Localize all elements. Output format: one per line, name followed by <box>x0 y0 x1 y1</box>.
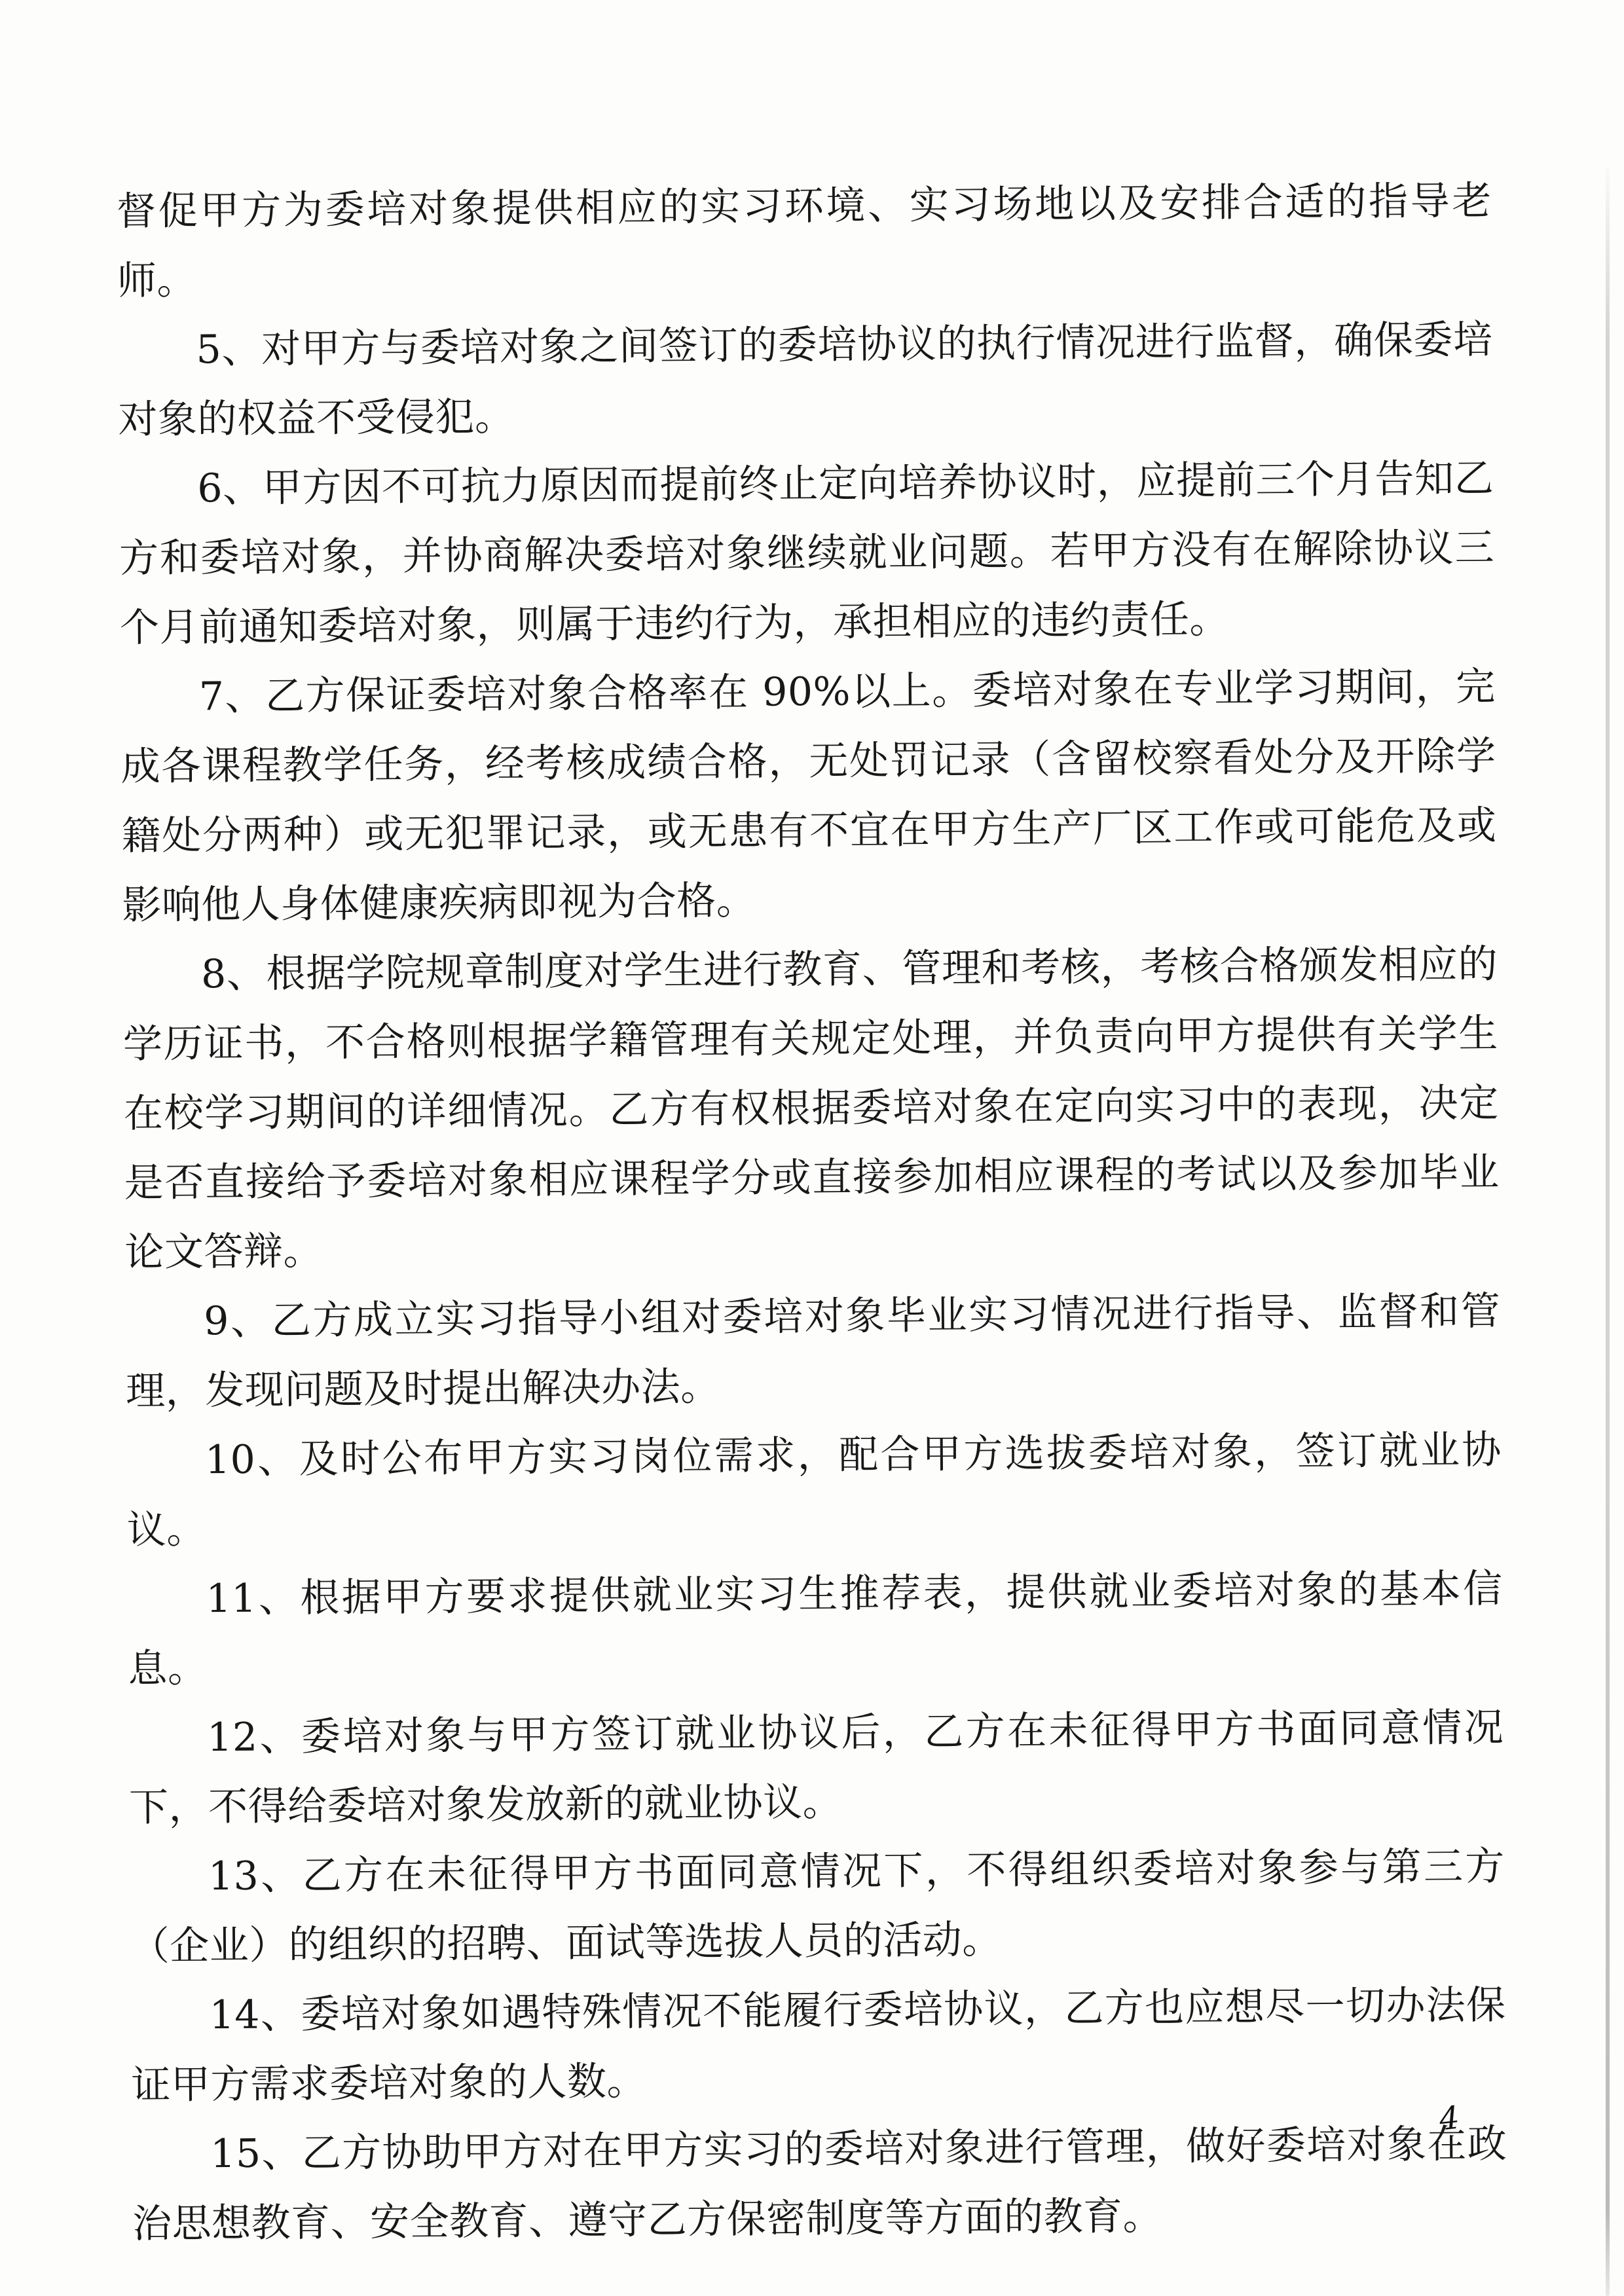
clause-paragraph-5: 5、对甲方与委培对象之间签订的委培协议的执行情况进行监督，确保委培对象的权益不受… <box>117 305 1494 454</box>
clause-paragraph-6: 6、甲方因不可抗力原因而提前终止定向培养协议时，应提前三个月告知乙方和委培对象，… <box>119 444 1495 663</box>
clause-paragraph-10: 10、及时公布甲方实习岗位需求，配合甲方选拔委培对象，签订就业协议。 <box>126 1415 1503 1565</box>
clause-paragraph-7: 7、乙方保证委培对象合格率在 90%以上。委培对象在专业学习期间，完成各课程教学… <box>120 652 1497 940</box>
contract-clauses: 督促甲方为委培对象提供相应的实习环境、实习场地以及安排合适的指导老师。 5、对甲… <box>117 166 1508 2259</box>
document-page: 督促甲方为委培对象提供相应的实习环境、实习场地以及安排合适的指导老师。 5、对甲… <box>0 0 1624 2296</box>
clause-paragraph-4-continuation: 督促甲方为委培对象提供相应的实习环境、实习场地以及安排合适的指导老师。 <box>117 166 1493 316</box>
page-number: 4 <box>1437 2100 1461 2138</box>
clause-paragraph-15: 15、乙方协助甲方对在甲方实习的委培对象进行管理，做好委培对象在政治思想教育、安… <box>132 2109 1508 2259</box>
clause-paragraph-13: 13、乙方在未征得甲方书面同意情况下，不得组织委培对象参与第三方（企业）的组织的… <box>130 1832 1506 1981</box>
clause-paragraph-11: 11、根据甲方要求提供就业实习生推荐表，提供就业委培对象的基本信息。 <box>127 1554 1504 1704</box>
scan-edge-artifact <box>1606 167 1610 2296</box>
clause-paragraph-9: 9、乙方成立实习指导小组对委培对象毕业实习情况进行指导、监督和管理，发现问题及时… <box>125 1277 1502 1426</box>
clause-paragraph-14: 14、委培对象如遇特殊情况不能履行委培协议，乙方也应想尽一切办法保证甲方需求委培… <box>130 1971 1507 2120</box>
clause-paragraph-12: 12、委培对象与甲方签订就业协议后，乙方在未征得甲方书面同意情况下，不得给委培对… <box>128 1693 1505 1842</box>
clause-paragraph-8: 8、根据学院规章制度对学生进行教育、管理和考核，考核合格颁发相应的学历证书，不合… <box>122 930 1500 1287</box>
